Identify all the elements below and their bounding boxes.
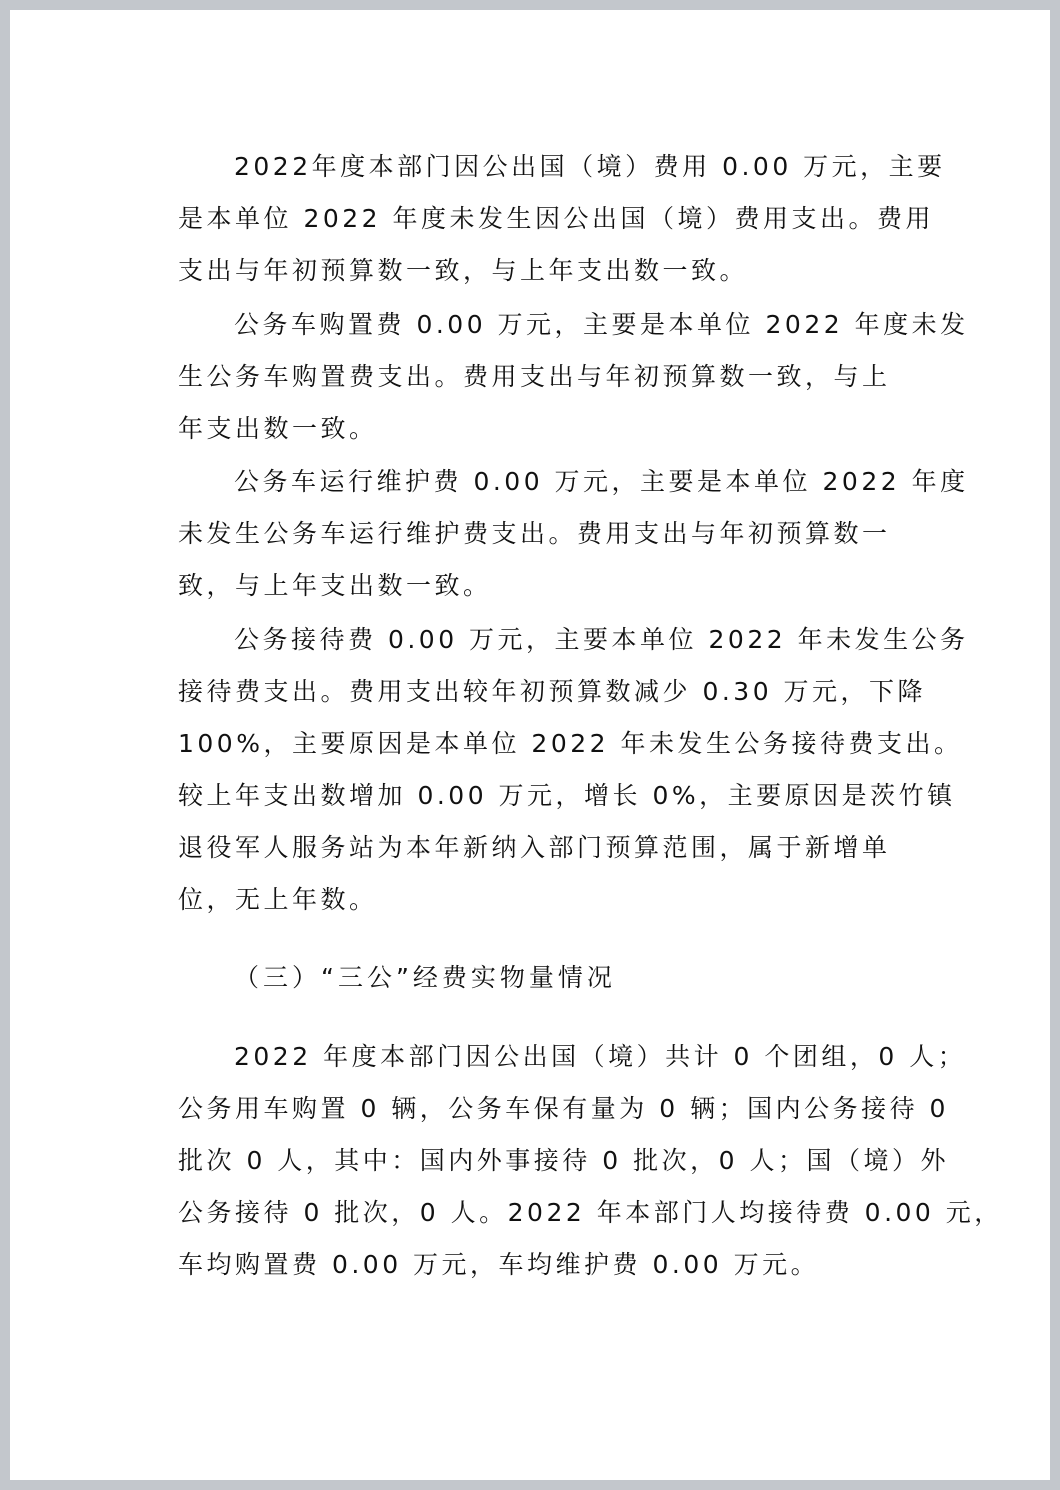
paragraph-vehicle-maintenance-line-3: 致，与上年支出数一致。 bbox=[178, 570, 492, 602]
paragraph-reception-line-6: 位，无上年数。 bbox=[178, 884, 378, 916]
paragraph-physical-line-1: 2022 年度本部门因公出国（境）共计 0 个团组，0 人； bbox=[234, 1041, 966, 1073]
paragraph-vehicle-purchase-line-3: 年支出数一致。 bbox=[178, 413, 378, 445]
paragraph-physical-line-4: 公务接待 0 批次，0 人。2022 年本部门人均接待费 0.00 元， bbox=[178, 1197, 1003, 1229]
paragraph-overseas-travel-line-3: 支出与年初预算数一致，与上年支出数一致。 bbox=[178, 255, 748, 287]
paragraph-vehicle-maintenance-line-1: 公务车运行维护费 0.00 万元，主要是本单位 2022 年度 bbox=[234, 466, 969, 498]
document-page: 2022年度本部门因公出国（境）费用 0.00 万元，主要 是本单位 2022 … bbox=[10, 10, 1050, 1480]
paragraph-vehicle-purchase-line-1: 公务车购置费 0.00 万元，主要是本单位 2022 年度未发 bbox=[234, 309, 969, 341]
paragraph-overseas-travel-line-1: 2022年度本部门因公出国（境）费用 0.00 万元，主要 bbox=[234, 151, 946, 183]
paragraph-reception-line-1: 公务接待费 0.00 万元，主要本单位 2022 年未发生公务 bbox=[234, 624, 969, 656]
paragraph-physical-line-2: 公务用车购置 0 辆，公务车保有量为 0 辆；国内公务接待 0 bbox=[178, 1093, 949, 1125]
paragraph-reception-line-4: 较上年支出数增加 0.00 万元，增长 0%，主要原因是茨竹镇 bbox=[178, 780, 956, 812]
paragraph-physical-line-5: 车均购置费 0.00 万元，车均维护费 0.00 万元。 bbox=[178, 1249, 819, 1281]
paragraph-reception-line-3: 100%，主要原因是本单位 2022 年未发生公务接待费支出。 bbox=[178, 728, 963, 760]
paragraph-physical-line-3: 批次 0 人，其中：国内外事接待 0 批次，0 人；国（境）外 bbox=[178, 1145, 949, 1177]
paragraph-vehicle-purchase-line-2: 生公务车购置费支出。费用支出与年初预算数一致，与上 bbox=[178, 361, 891, 393]
paragraph-vehicle-maintenance-line-2: 未发生公务车运行维护费支出。费用支出与年初预算数一 bbox=[178, 518, 891, 550]
section-heading: （三）“三公”经费实物量情况 bbox=[234, 962, 616, 994]
paragraph-reception-line-5: 退役军人服务站为本年新纳入部门预算范围，属于新增单 bbox=[178, 832, 891, 864]
paragraph-overseas-travel-line-2: 是本单位 2022 年度未发生因公出国（境）费用支出。费用 bbox=[178, 203, 934, 235]
paragraph-reception-line-2: 接待费支出。费用支出较年初预算数减少 0.30 万元，下降 bbox=[178, 676, 926, 708]
